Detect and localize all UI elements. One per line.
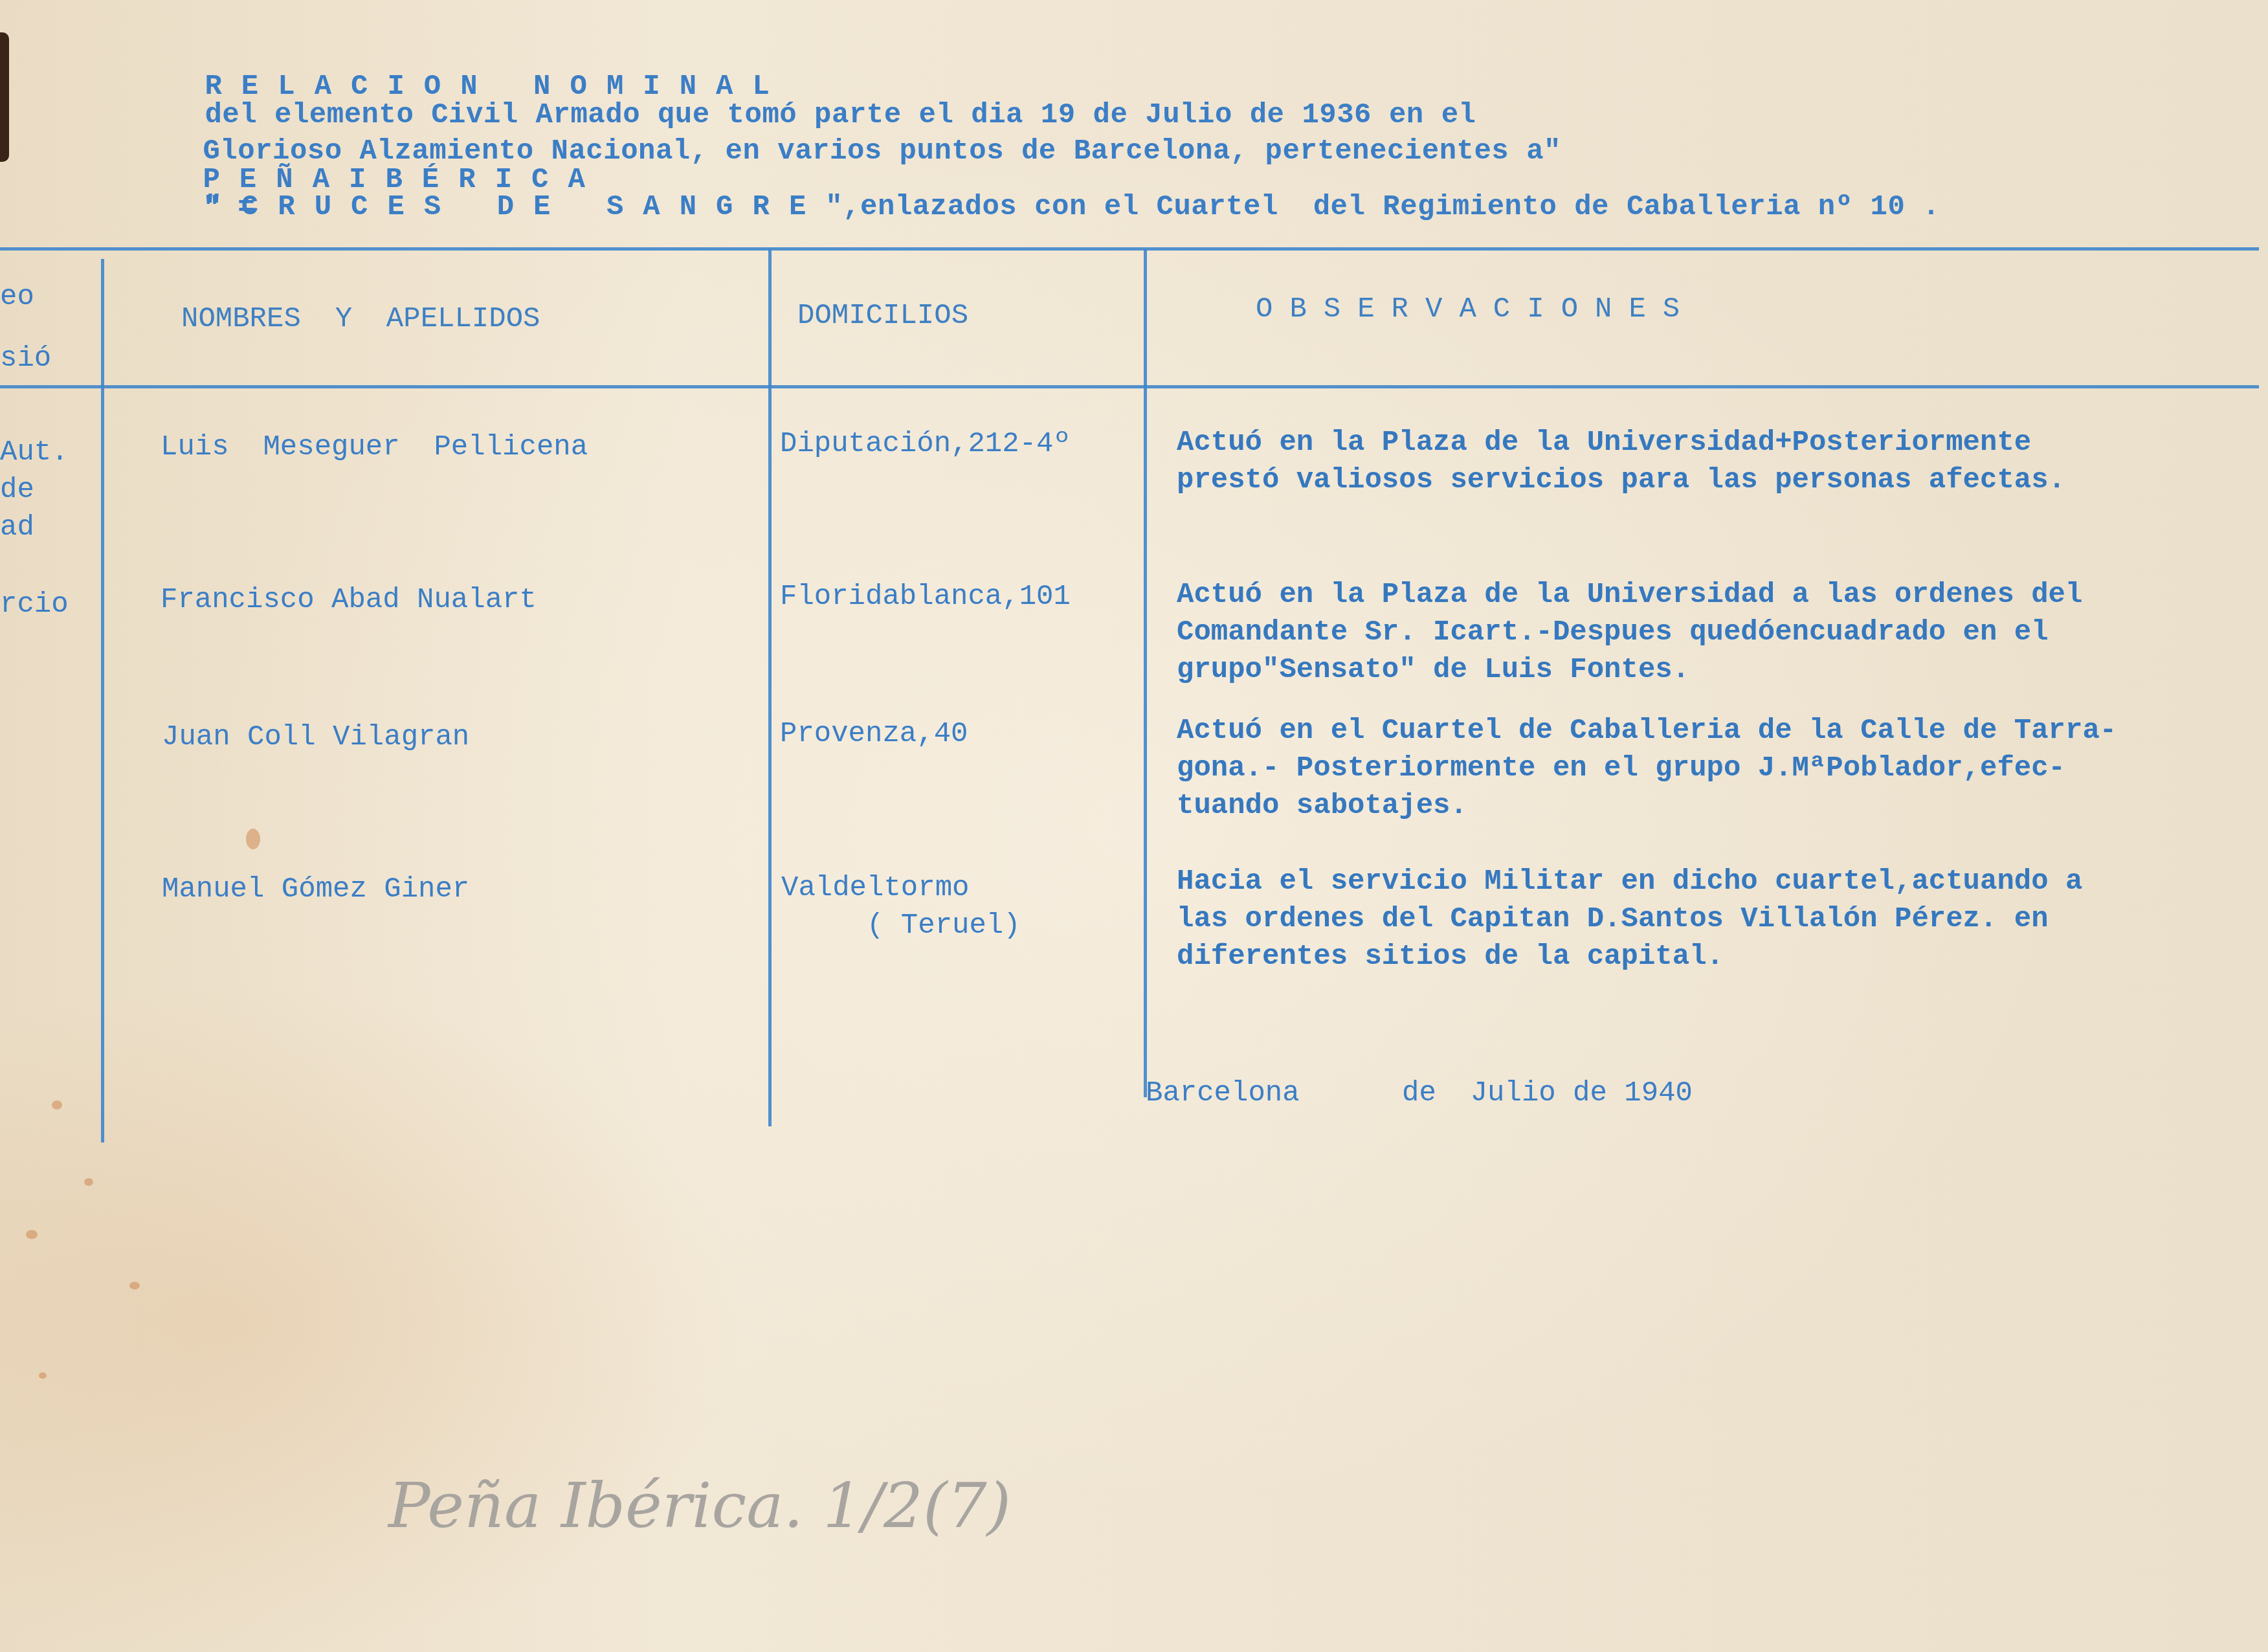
row-address: Provenza,40 (780, 715, 968, 753)
document-page: RELACION NOMINAL del elemento Civil Arma… (0, 0, 2268, 1652)
table-header-rule (0, 385, 2259, 388)
column-header-addresses: DOMICILIOS (797, 300, 968, 332)
stain-spot (84, 1178, 93, 1186)
column-divider-1 (101, 259, 104, 1143)
left-column-cell-fragment: de (0, 471, 34, 509)
column-divider-2 (768, 249, 772, 1126)
left-column-header-fragment-2: sió (0, 340, 51, 377)
title-group-name: "CRUCES DE SANGRE (205, 191, 825, 223)
column-divider-3 (1144, 249, 1147, 1097)
table-top-rule (0, 247, 2259, 251)
title-line-3: ",enlazados con el Cuartel del Regimient… (825, 191, 1940, 223)
column-header-observations: OBSERVACIONES (1256, 293, 1696, 326)
left-column-cell-fragment: rcio (0, 586, 69, 623)
row-address: Floridablanca,101 (780, 578, 1071, 616)
left-column-header-fragment-1: eo (0, 278, 34, 316)
row-name: Francisco Abad Nualart (161, 581, 537, 619)
row-address: Valdeltormo ( Teruel) (781, 869, 1021, 944)
stain-spot (52, 1100, 62, 1110)
row-observations: Actuó en la Plaza de la Universidad+Post… (1177, 424, 2065, 499)
row-observations: Actuó en el Cuartel de Caballeria de la … (1177, 712, 2117, 825)
stain-spot (246, 829, 260, 849)
row-observations: Hacia el servicio Militar en dicho cuart… (1177, 863, 2082, 976)
pencil-archive-note: Peña Ibérica. 1/2(7) (388, 1469, 1011, 1542)
column-header-names: NOMBRES Y APELLIDOS (181, 303, 540, 335)
stain-spot (26, 1230, 38, 1239)
stain-spot (39, 1372, 47, 1379)
row-name: Luis Meseguer Pellicena (161, 429, 588, 466)
row-observations: Actuó en la Plaza de la Universidad a la… (1177, 576, 2082, 689)
row-address: Diputación,212-4º (780, 425, 1071, 463)
title-heading: RELACION NOMINAL (205, 71, 788, 103)
left-column-cell-fragment: ad (0, 509, 34, 546)
title-line-2-start: Glorioso Alzamiento Nacional, en varios … (203, 135, 1561, 168)
left-column-cell-fragment: Aut. (0, 434, 69, 471)
row-name: Manuel Gómez Giner (162, 871, 469, 908)
row-name: Juan Coll Vilagran (162, 719, 469, 756)
binder-clip (0, 32, 9, 162)
stain-spot (129, 1282, 140, 1289)
place-date-line: Barcelona de Julio de 1940 (1146, 1075, 1693, 1112)
